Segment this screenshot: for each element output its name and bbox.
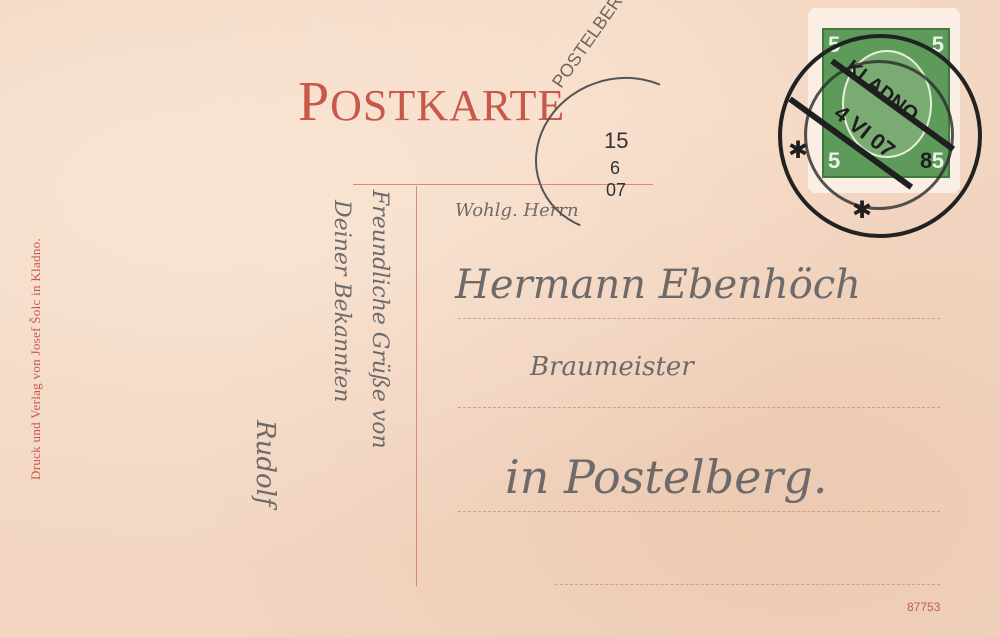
- title-rest: OSTKARTE: [330, 81, 565, 130]
- postkarte-heading: POSTKARTE: [298, 74, 565, 130]
- address-name: Hermann Ebenhöch: [455, 262, 861, 308]
- address-occupation: Braumeister: [530, 352, 694, 382]
- publisher-imprint: Druck und Verlag von Josef Šolc in Kladn…: [28, 238, 44, 480]
- address-line-4: [555, 584, 940, 585]
- address-town: in Postelberg.: [505, 450, 828, 504]
- arrival-postmark-day: 15: [604, 128, 628, 154]
- message-line-1: Freundliche Grüße von: [367, 190, 392, 449]
- message-line-2: Deiner Bekannten: [329, 200, 354, 402]
- center-divider-line: [416, 186, 417, 586]
- address-line-3: [458, 511, 940, 512]
- message-signature: Rudolf: [250, 420, 280, 507]
- serial-number: 87753: [907, 600, 940, 614]
- address-line-2: [458, 407, 940, 408]
- cancel-hour: 8: [920, 148, 932, 174]
- postcard-back: POSTKARTE Druck und Verlag von Josef Šol…: [0, 0, 1000, 637]
- address-line-1: [458, 318, 940, 319]
- arrival-postmark-month: 6: [610, 158, 620, 179]
- title-initial: P: [298, 71, 330, 133]
- arrival-postmark-year: 07: [606, 180, 626, 201]
- cancel-star-left-icon: ✱: [788, 136, 808, 165]
- cancel-star-bottom-icon: ✱: [852, 196, 872, 225]
